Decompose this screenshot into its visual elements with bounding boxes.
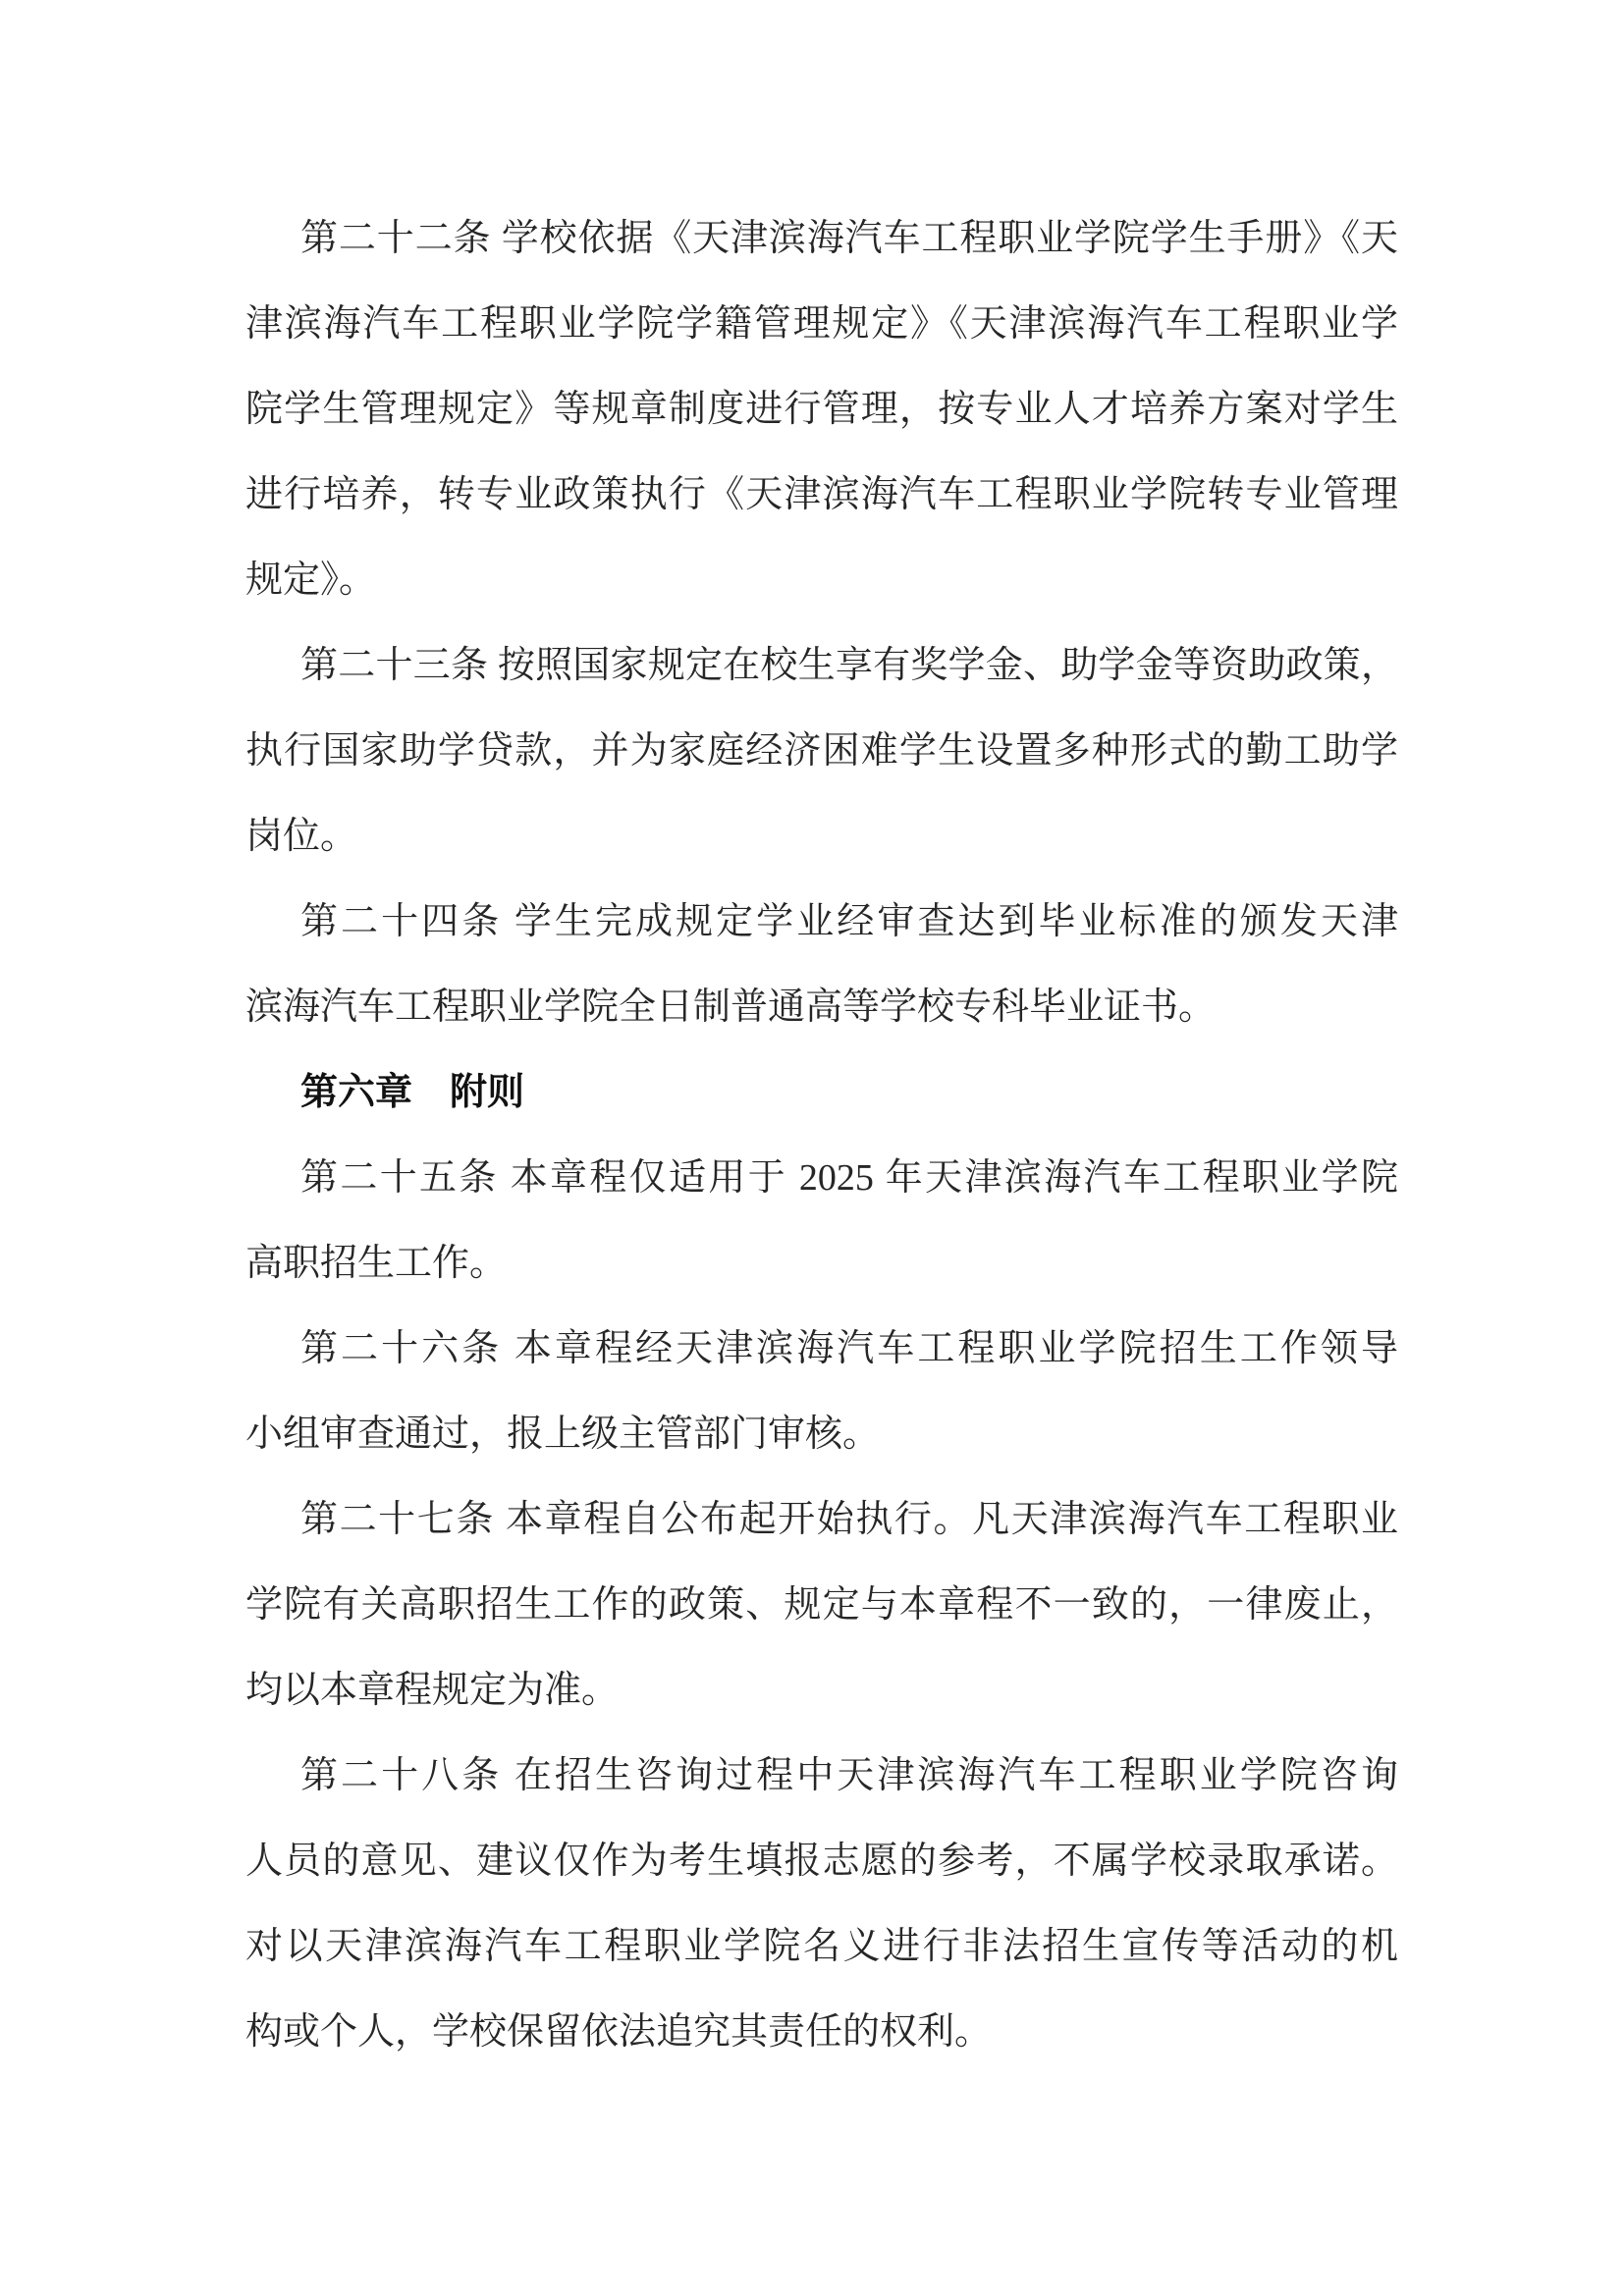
document-text-block: 第二十二条 学校依据《天津滨海汽车工程职业学院学生手册》《天 津滨海汽车工程职业… — [245, 196, 1398, 2075]
document-page: 第二十二条 学校依据《天津滨海汽车工程职业学院学生手册》《天 津滨海汽车工程职业… — [0, 0, 1624, 2296]
text-line: 对以天津滨海汽车工程职业学院名义进行非法招生宣传等活动的机 — [245, 1904, 1398, 1990]
text-line: 岗位。 — [245, 794, 1398, 880]
text-line: 第二十八条 在招生咨询过程中天津滨海汽车工程职业学院咨询 — [245, 1734, 1398, 1819]
text-line: 第二十六条 本章程经天津滨海汽车工程职业学院招生工作领导 — [245, 1307, 1398, 1392]
text-line: 第二十五条 本章程仅适用于 2025 年天津滨海汽车工程职业学院 — [245, 1136, 1398, 1221]
text-line: 第二十四条 学生完成规定学业经审查达到毕业标准的颁发天津 — [245, 880, 1398, 965]
text-line: 津滨海汽车工程职业学院学籍管理规定》《天津滨海汽车工程职业学 — [245, 282, 1398, 367]
text-line: 构或个人，学校保留依法追究其责任的权利。 — [245, 1990, 1398, 2075]
text-line: 第二十七条 本章程自公布起开始执行。凡天津滨海汽车工程职业 — [245, 1477, 1398, 1563]
text-line: 第二十三条 按照国家规定在校生享有奖学金、助学金等资助政策， — [245, 623, 1398, 709]
chapter-heading: 第六章 附则 — [245, 1050, 1398, 1136]
text-line: 均以本章程规定为准。 — [245, 1648, 1398, 1734]
text-line: 进行培养，转专业政策执行《天津滨海汽车工程职业学院转专业管理 — [245, 453, 1398, 538]
text-line: 学院有关高职招生工作的政策、规定与本章程不一致的，一律废止， — [245, 1563, 1398, 1648]
text-line: 规定》。 — [245, 538, 1398, 623]
text-line: 院学生管理规定》等规章制度进行管理，按专业人才培养方案对学生 — [245, 367, 1398, 453]
text-line: 执行国家助学贷款，并为家庭经济困难学生设置多种形式的勤工助学 — [245, 709, 1398, 794]
text-line: 小组审查通过，报上级主管部门审核。 — [245, 1392, 1398, 1477]
text-line: 高职招生工作。 — [245, 1221, 1398, 1307]
text-line: 人员的意见、建议仅作为考生填报志愿的参考，不属学校录取承诺。 — [245, 1819, 1398, 1904]
text-line: 第二十二条 学校依据《天津滨海汽车工程职业学院学生手册》《天 — [245, 196, 1398, 282]
text-line: 滨海汽车工程职业学院全日制普通高等学校专科毕业证书。 — [245, 965, 1398, 1050]
